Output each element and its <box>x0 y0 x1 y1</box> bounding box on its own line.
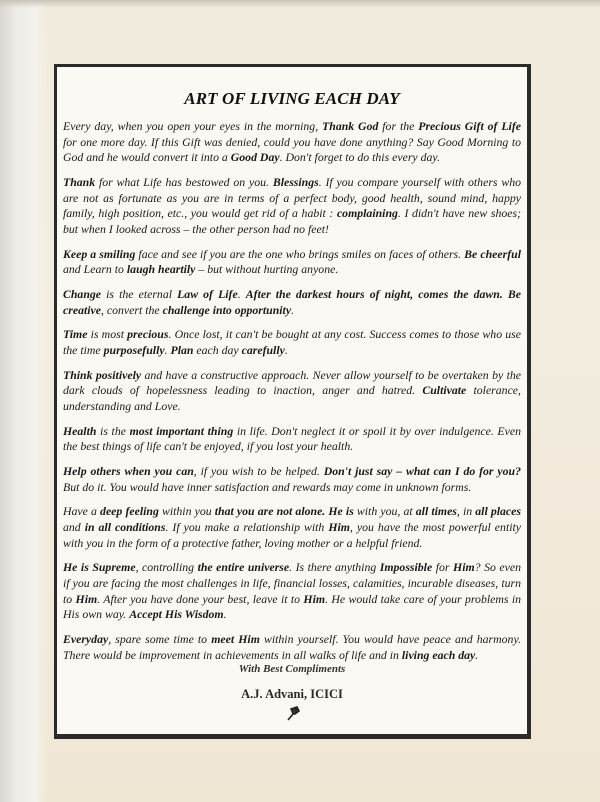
compliments-line: With Best Compliments <box>57 663 527 675</box>
document-frame: ART OF LIVING EACH DAY Every day, when y… <box>54 64 531 739</box>
document-body: Every day, when you open your eyes in th… <box>63 119 521 672</box>
paragraph: Time is most precious. Once lost, it can… <box>63 327 521 358</box>
paragraph: Change is the eternal Law of Life. After… <box>63 287 521 318</box>
paragraph: Help others when you can, if you wish to… <box>63 464 521 495</box>
page-top-shadow <box>0 0 600 8</box>
page-edge-shadow <box>0 0 50 802</box>
paragraph: Every day, when you open your eyes in th… <box>63 119 521 166</box>
paragraph: He is Supreme, controlling the entire un… <box>63 560 521 622</box>
document-title: ART OF LIVING EACH DAY <box>57 89 527 109</box>
paragraph: Keep a smiling face and see if you are t… <box>63 247 521 278</box>
paragraph: Have a deep feeling within you that you … <box>63 504 521 551</box>
paragraph: Thank for what Life has bestowed on you.… <box>63 175 521 237</box>
paragraph: Health is the most important thing in li… <box>63 424 521 455</box>
paragraph: Everyday, spare some time to meet Him wi… <box>63 632 521 663</box>
emblem-icon <box>285 705 301 721</box>
author-signature: A.J. Advani, ICICI <box>57 687 527 702</box>
paragraph: Think positively and have a constructive… <box>63 368 521 415</box>
